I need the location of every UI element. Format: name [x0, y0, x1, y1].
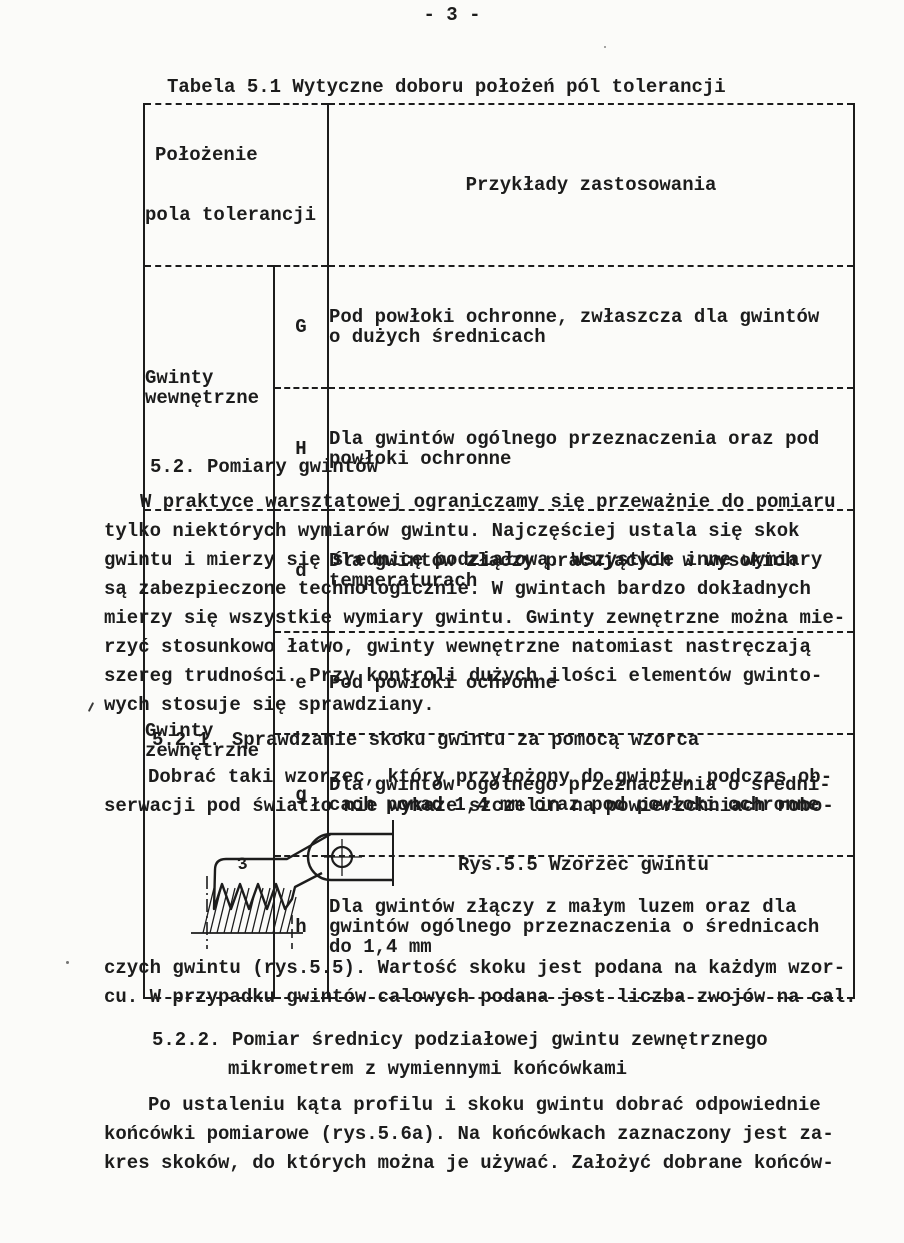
crosshair-lines: [324, 839, 362, 876]
group-label: Gwintywewnętrzne: [145, 368, 273, 408]
scan-artifact: [88, 702, 94, 712]
paragraph-line: mierzy się wszystkie wymiary gwintu. Gwi…: [104, 606, 845, 630]
paragraph-line: Po ustaleniu kąta profilu i skoku gwintu…: [104, 1093, 821, 1117]
table-header-row: Położenie pola tolerancji Przykłady zast…: [144, 104, 854, 266]
table-header-examples: Przykłady zastosowania: [328, 104, 854, 266]
header-line: pola tolerancji: [145, 205, 327, 225]
paragraph-line: Dobrać taki wzorzec, który przyłożony do…: [104, 765, 832, 789]
description-cell: Pod powłoki ochronne, zwłaszcza dla gwin…: [328, 266, 854, 388]
section-heading-522-line2: mikrometrem z wymiennymi końcówkami: [228, 1057, 627, 1081]
table-caption: Tabela 5.1 Wytyczne doboru położeń pól t…: [167, 75, 726, 99]
paragraph-line: cu. W przypadku gwintów calowych podana …: [104, 985, 857, 1009]
scanned-document-page: - 3 - Tabela 5.1 Wytyczne doboru położeń…: [0, 0, 904, 1243]
table-row: Gwintywewnętrzne G Pod powłoki ochronne,…: [144, 266, 854, 388]
table-header-position: Położenie pola tolerancji: [144, 104, 328, 266]
page-number: - 3 -: [0, 3, 904, 27]
paragraph-line: szereg trudności. Przy kontroli dużych i…: [104, 664, 822, 688]
teeth-hatching: [203, 888, 296, 933]
paragraph-line: czych gwintu (rys.5.5). Wartość skoku je…: [104, 956, 845, 980]
figure-caption: Rys.5.5 Wzorzec gwintu: [458, 853, 709, 877]
paragraph-line: gwintu i mierzy się średnicę podziałową.…: [104, 548, 822, 572]
thread-gauge-figure: 3: [175, 810, 415, 960]
paragraph-line: tylko niektórych wymiarów gwintu. Najczę…: [104, 519, 800, 543]
scan-artifact: [604, 46, 606, 48]
section-heading-521: 5.2.1. Sprawdzanie skoku gwintu za pomoc…: [152, 728, 699, 752]
paragraph-line: kres skoków, do których można je używać.…: [104, 1151, 834, 1175]
paragraph-line: rzyć stosunkowo łatwo, gwinty wewnętrzne…: [104, 635, 811, 659]
paragraph-line: wych stosuje się sprawdziany.: [104, 693, 435, 717]
paragraph-line: są zabezpieczone technologicznie. W gwin…: [104, 577, 811, 601]
section-heading-522: 5.2.2. Pomiar średnicy podziałowej gwint…: [152, 1028, 768, 1052]
scan-artifact: [66, 961, 69, 964]
section-heading-52: 5.2. Pomiary gwintów: [150, 455, 378, 479]
paragraph-line: końcówki pomiarowe (rys.5.6a). Na końców…: [104, 1122, 834, 1146]
header-line: Położenie: [145, 145, 327, 165]
paragraph-line: W praktyce warsztatowej ograniczamy się …: [104, 490, 836, 514]
symbol-cell: G: [274, 266, 328, 388]
